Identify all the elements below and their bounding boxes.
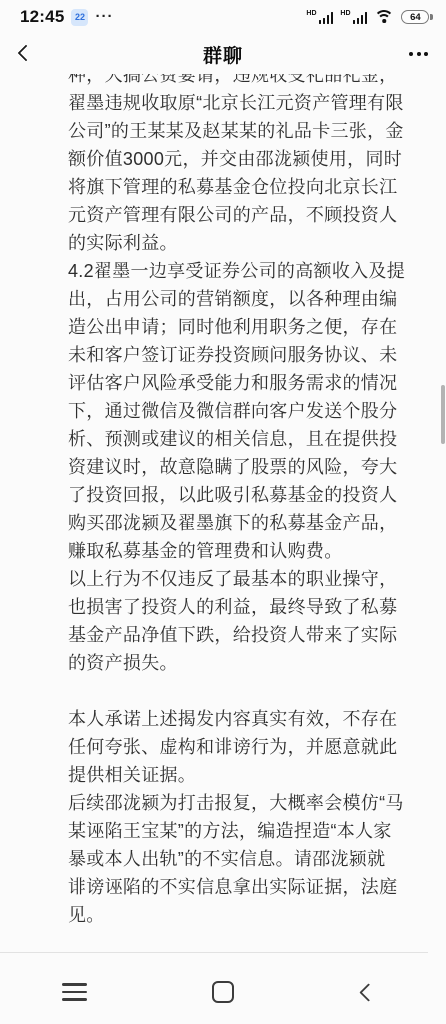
paragraph: 种，大搞公费宴请，违规收受礼品礼金， 翟墨违规收取原“北京长江元资产管理有限 公… (68, 74, 430, 257)
hd-label: HD (306, 10, 316, 17)
notification-ellipsis-icon: ··· (95, 12, 113, 22)
back-button[interactable] (297, 986, 446, 999)
system-navigation-bar (0, 960, 446, 1024)
wifi-icon (374, 10, 394, 25)
hd-label: HD (340, 10, 350, 17)
battery-icon: 64 (401, 10, 433, 25)
paragraph: 本人承诺上述揭发内容真实有效，不存在 任何夸张、虚构和诽谤行为，并愿意就此 提供… (68, 705, 430, 789)
calendar-badge-icon: 22 (71, 9, 88, 26)
status-bar-left: 12:45 22 ··· (20, 7, 113, 27)
signal-bars-icon (319, 12, 334, 24)
status-bar: 12:45 22 ··· HD HD 64 (0, 0, 446, 34)
paragraph: 4.2翟墨一边享受证券公司的高额收入及提 出，占用公司的营销额度，以各种理由编 … (68, 257, 430, 565)
battery-percentage: 64 (410, 12, 421, 23)
recents-button[interactable] (0, 979, 149, 1005)
recents-icon (58, 979, 91, 1005)
back-icon (359, 983, 377, 1001)
back-icon[interactable] (18, 45, 35, 62)
home-button[interactable] (149, 981, 298, 1003)
chat-content-area[interactable]: 种，大搞公费宴请，违规收受礼品礼金， 翟墨违规收取原“北京长江元资产管理有限 公… (0, 74, 446, 960)
document-text: 种，大搞公费宴请，违规收受礼品礼金， 翟墨违规收取原“北京长江元资产管理有限 公… (0, 74, 446, 929)
document-end-divider (0, 952, 428, 953)
signal-bars-icon (353, 12, 368, 24)
status-bar-right: HD HD 64 (306, 10, 433, 25)
clock: 12:45 (20, 7, 64, 27)
paragraph: 以上行为不仅违反了最基本的职业操守， 也损害了投资人的利益，最终导致了私募 基金… (68, 565, 430, 677)
more-icon[interactable] (407, 46, 430, 62)
paragraph: 后续邵泷颍为打击报复，大概率会模仿“马 某诬陷王宝某”的方法，编造捏造“本人家 … (68, 789, 430, 929)
phone-screen: 12:45 22 ··· HD HD 64 群聊 (0, 0, 446, 1024)
scrollbar[interactable] (441, 385, 445, 444)
paragraph (68, 677, 430, 705)
cellular-signal-icon: HD (306, 10, 333, 24)
cellular-signal-icon: HD (340, 10, 367, 24)
home-icon (212, 981, 234, 1003)
chat-title: 群聊 (203, 41, 243, 68)
chat-header: 群聊 (0, 34, 446, 74)
